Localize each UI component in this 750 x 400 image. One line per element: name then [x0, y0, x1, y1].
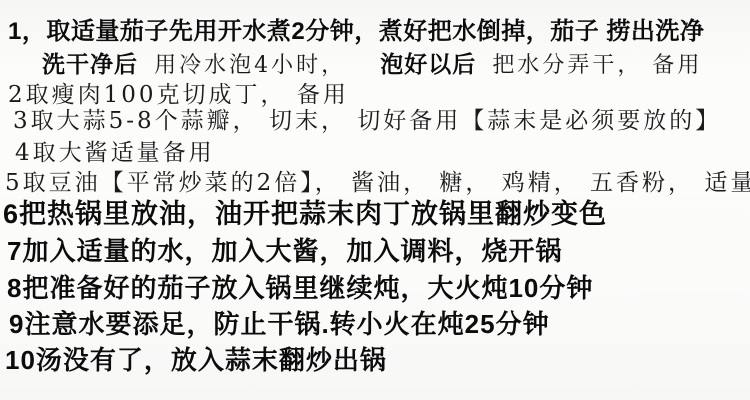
- note-soaked-label: 泡好以后: [380, 51, 476, 77]
- recipe-step-3: 3取大蒜5-8个蒜瓣， 切末， 切好备用【蒜末是必须要放的】: [13, 102, 721, 135]
- recipe-step-1: 1，取适量茄子先用开水煮2分钟，煮好把水倒掉，茄子 捞出洗净: [8, 11, 704, 46]
- note-drain-text: 把水分弄干， 备用: [492, 53, 702, 78]
- recipe-step-6: 6把热锅里放油，油开把蒜末肉丁放锅里翻炒变色: [3, 192, 607, 231]
- note-washed-label: 洗干净后: [42, 51, 138, 77]
- recipe-step-10: 10汤没有了，放入蒜末翻炒出锅: [5, 340, 387, 377]
- recipe-step-7: 7加入适量的水，加入大酱，加入调料，烧开锅: [7, 231, 562, 268]
- recipe-document: 1，取适量茄子先用开水煮2分钟，煮好把水倒掉，茄子 捞出洗净 洗干净后 用冷水泡…: [0, 0, 750, 400]
- recipe-step-1-note: 洗干净后 用冷水泡4小时， 泡好以后 把水分弄干， 备用: [42, 46, 702, 79]
- recipe-step-8: 8把准备好的茄子放入锅里继续炖，大火炖10分钟: [7, 268, 593, 305]
- note-soak-text: 用冷水泡4小时，: [154, 53, 346, 78]
- recipe-step-4: 4取大酱适量备用: [15, 134, 215, 167]
- recipe-step-9: 9注意水要添足，防止干锅.转小火在炖25分钟: [9, 304, 550, 341]
